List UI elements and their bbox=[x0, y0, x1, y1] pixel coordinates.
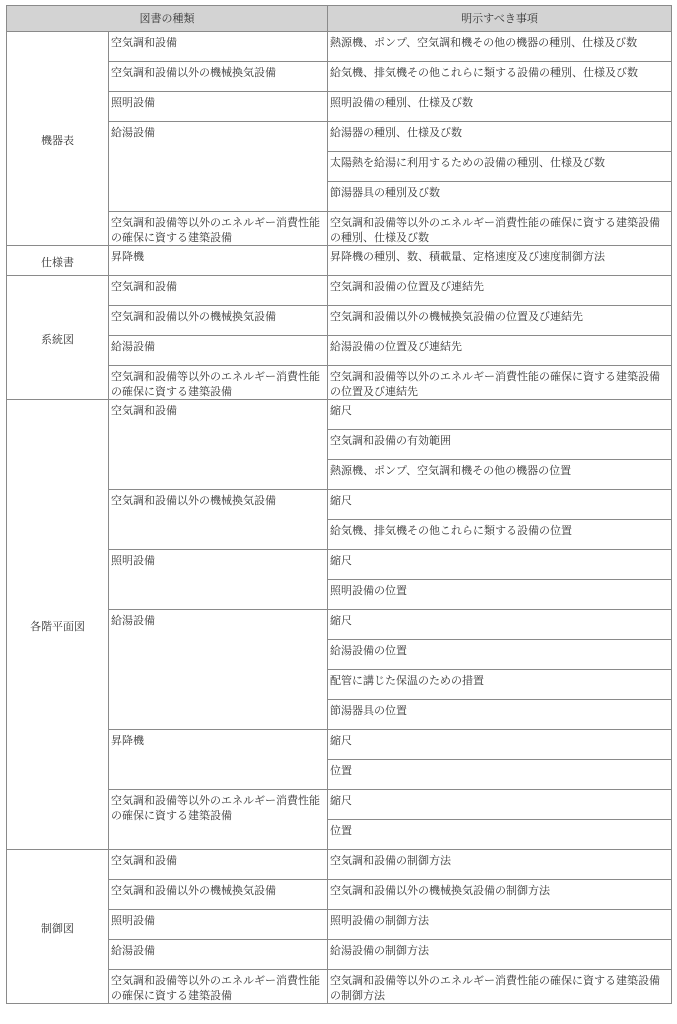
table-row: 各階平面図空気調和設備縮尺 bbox=[7, 400, 672, 430]
table-row: 制御図空気調和設備空気調和設備の制御方法 bbox=[7, 850, 672, 880]
required-item-cell: 給湯設備の制御方法 bbox=[328, 940, 672, 970]
equipment-cell: 給湯設備 bbox=[109, 336, 328, 366]
required-item-cell: 給気機、排気機その他これらに類する設備の位置 bbox=[328, 520, 672, 550]
equipment-cell: 空気調和設備 bbox=[109, 850, 328, 880]
equipment-cell: 空気調和設備以外の機械換気設備 bbox=[109, 490, 328, 550]
required-item-cell: 節湯器具の種別及び数 bbox=[328, 182, 672, 212]
required-item-cell: 縮尺 bbox=[328, 790, 672, 820]
required-item-cell: 配管に講じた保温のための措置 bbox=[328, 670, 672, 700]
required-item-cell: 縮尺 bbox=[328, 550, 672, 580]
equipment-cell: 空気調和設備以外の機械換気設備 bbox=[109, 306, 328, 336]
document-category-cell: 各階平面図 bbox=[7, 400, 109, 850]
required-item-cell: 給湯器の種別、仕様及び数 bbox=[328, 122, 672, 152]
document-category-cell: 制御図 bbox=[7, 850, 109, 1004]
equipment-cell: 照明設備 bbox=[109, 550, 328, 610]
document-table-wrapper: 図書の種類 明示すべき事項 機器表空気調和設備熱源機、ポンプ、空気調和機その他の… bbox=[6, 5, 672, 1004]
required-item-cell: 照明設備の位置 bbox=[328, 580, 672, 610]
required-item-cell: 太陽熱を給湯に利用するための設備の種別、仕様及び数 bbox=[328, 152, 672, 182]
required-item-cell: 給湯設備の位置及び連結先 bbox=[328, 336, 672, 366]
required-item-cell: 昇降機の種別、数、積載量、定格速度及び速度制御方法 bbox=[328, 246, 672, 276]
drawing-requirements-table: 図書の種類 明示すべき事項 機器表空気調和設備熱源機、ポンプ、空気調和機その他の… bbox=[6, 5, 672, 1004]
equipment-cell: 昇降機 bbox=[109, 246, 328, 276]
required-item-cell: 給気機、排気機その他これらに類する設備の種別、仕様及び数 bbox=[328, 62, 672, 92]
equipment-cell: 空気調和設備 bbox=[109, 400, 328, 490]
document-category-cell: 系統図 bbox=[7, 276, 109, 400]
required-item-cell: 熱源機、ポンプ、空気調和機その他の機器の種別、仕様及び数 bbox=[328, 32, 672, 62]
required-item-cell: 位置 bbox=[328, 760, 672, 790]
required-item-cell: 空気調和設備の有効範囲 bbox=[328, 430, 672, 460]
equipment-cell: 空気調和設備等以外のエネルギー消費性能の確保に資する建築設備 bbox=[109, 366, 328, 400]
table-row: 仕様書昇降機昇降機の種別、数、積載量、定格速度及び速度制御方法 bbox=[7, 246, 672, 276]
required-item-cell: 照明設備の制御方法 bbox=[328, 910, 672, 940]
header-row: 図書の種類 明示すべき事項 bbox=[7, 6, 672, 32]
required-item-cell: 空気調和設備等以外のエネルギー消費性能の確保に資する建築設備の制御方法 bbox=[328, 970, 672, 1004]
required-item-cell: 照明設備の種別、仕様及び数 bbox=[328, 92, 672, 122]
required-item-cell: 給湯設備の位置 bbox=[328, 640, 672, 670]
equipment-cell: 給湯設備 bbox=[109, 610, 328, 730]
required-item-cell: 位置 bbox=[328, 820, 672, 850]
equipment-cell: 空気調和設備等以外のエネルギー消費性能の確保に資する建築設備 bbox=[109, 790, 328, 850]
header-document-type: 図書の種類 bbox=[7, 6, 328, 32]
header-required-items: 明示すべき事項 bbox=[328, 6, 672, 32]
required-item-cell: 縮尺 bbox=[328, 730, 672, 760]
equipment-cell: 空気調和設備以外の機械換気設備 bbox=[109, 880, 328, 910]
table-row: 機器表空気調和設備熱源機、ポンプ、空気調和機その他の機器の種別、仕様及び数 bbox=[7, 32, 672, 62]
required-item-cell: 空気調和設備等以外のエネルギー消費性能の確保に資する建築設備の位置及び連結先 bbox=[328, 366, 672, 400]
equipment-cell: 空気調和設備等以外のエネルギー消費性能の確保に資する建築設備 bbox=[109, 970, 328, 1004]
document-category-cell: 仕様書 bbox=[7, 246, 109, 276]
equipment-cell: 空気調和設備 bbox=[109, 276, 328, 306]
required-item-cell: 空気調和設備の制御方法 bbox=[328, 850, 672, 880]
equipment-cell: 照明設備 bbox=[109, 92, 328, 122]
required-item-cell: 縮尺 bbox=[328, 400, 672, 430]
required-item-cell: 縮尺 bbox=[328, 610, 672, 640]
table-row: 系統図空気調和設備空気調和設備の位置及び連結先 bbox=[7, 276, 672, 306]
equipment-cell: 給湯設備 bbox=[109, 940, 328, 970]
required-item-cell: 熱源機、ポンプ、空気調和機その他の機器の位置 bbox=[328, 460, 672, 490]
equipment-cell: 空気調和設備 bbox=[109, 32, 328, 62]
equipment-cell: 空気調和設備等以外のエネルギー消費性能の確保に資する建築設備 bbox=[109, 212, 328, 246]
equipment-cell: 給湯設備 bbox=[109, 122, 328, 212]
document-category-cell: 機器表 bbox=[7, 32, 109, 246]
required-item-cell: 空気調和設備以外の機械換気設備の位置及び連結先 bbox=[328, 306, 672, 336]
equipment-cell: 昇降機 bbox=[109, 730, 328, 790]
required-item-cell: 空気調和設備の位置及び連結先 bbox=[328, 276, 672, 306]
equipment-cell: 空気調和設備以外の機械換気設備 bbox=[109, 62, 328, 92]
equipment-cell: 照明設備 bbox=[109, 910, 328, 940]
required-item-cell: 空気調和設備等以外のエネルギー消費性能の確保に資する建築設備の種別、仕様及び数 bbox=[328, 212, 672, 246]
required-item-cell: 縮尺 bbox=[328, 490, 672, 520]
required-item-cell: 節湯器具の位置 bbox=[328, 700, 672, 730]
required-item-cell: 空気調和設備以外の機械換気設備の制御方法 bbox=[328, 880, 672, 910]
table-body: 機器表空気調和設備熱源機、ポンプ、空気調和機その他の機器の種別、仕様及び数空気調… bbox=[7, 32, 672, 1004]
